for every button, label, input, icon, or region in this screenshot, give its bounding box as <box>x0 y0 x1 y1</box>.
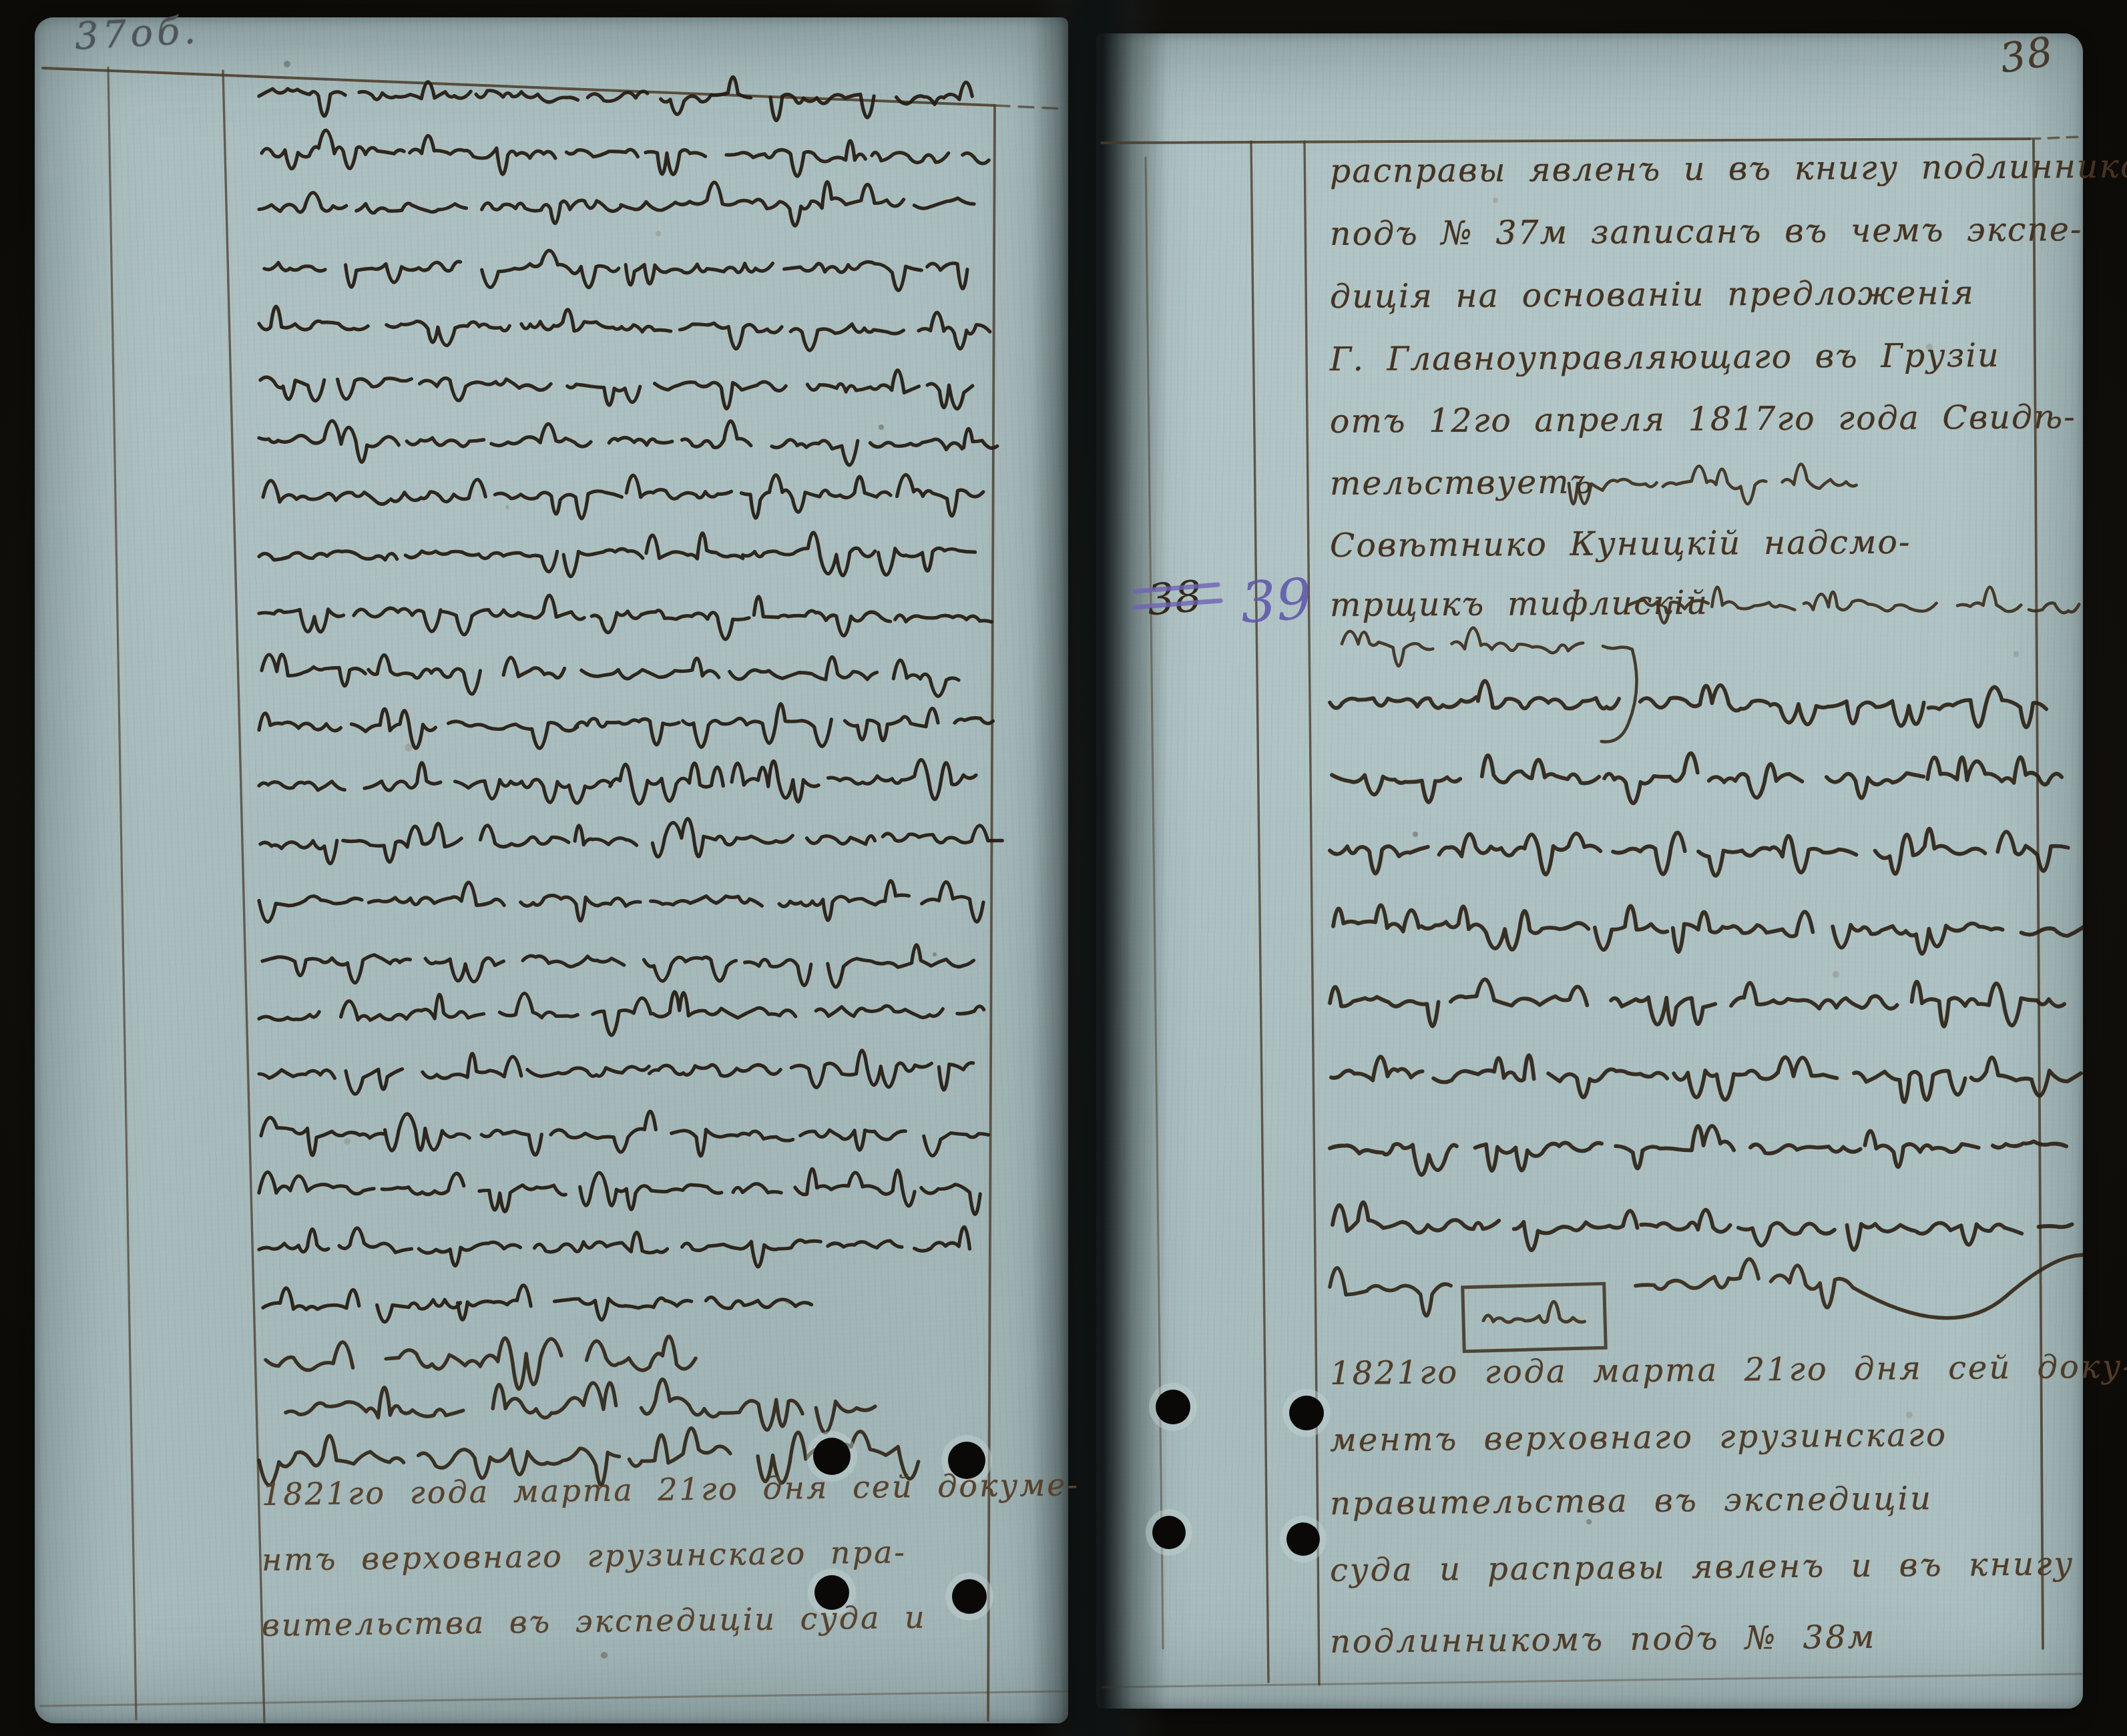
russian-note-line: тельствуетъ <box>1330 463 1594 503</box>
russian-note-line: подлинникомъ подъ № 38м <box>1330 1619 1877 1661</box>
georgian-handwriting-line <box>1333 1202 2072 1250</box>
right-margin-rule-mid <box>1251 141 1268 1682</box>
left-top-rule-dashed <box>995 105 1066 109</box>
left-margin-rule-inner <box>223 71 264 1722</box>
paper-speck <box>601 1652 608 1659</box>
right-top-rule <box>1102 139 2030 143</box>
right-right-margin-rule <box>2034 140 2043 1649</box>
left-bottom-edge-line <box>40 1691 1068 1706</box>
paper-speck <box>933 952 937 956</box>
georgian-handwriting-line <box>262 945 973 987</box>
georgian-handwriting-line <box>262 130 989 176</box>
georgian-handwriting-line <box>259 77 972 120</box>
georgian-handwriting-line <box>1330 829 2068 876</box>
georgian-handwriting-line <box>259 533 975 577</box>
margin-number-new: 39 <box>1238 566 1314 636</box>
georgian-handwriting-line <box>260 818 1002 863</box>
russian-note-line: трщикъ тифлискій <box>1330 584 1708 624</box>
georgian-handwriting-stamp-monogram <box>1483 1301 1585 1322</box>
georgian-handwriting-line <box>259 992 984 1035</box>
left-margin-rule-outer <box>108 67 136 1719</box>
margin-number-old: 38 <box>1146 572 1204 626</box>
georgian-handwriting-signature <box>286 1379 875 1432</box>
folio-number-recto: 38 <box>1997 28 2057 83</box>
punch-hole <box>1286 1522 1320 1556</box>
paper-speck <box>344 1138 350 1145</box>
georgian-handwriting-line <box>1333 905 2084 954</box>
georgian-handwriting-line <box>263 1285 812 1322</box>
right-bottom-edge-line <box>1102 1674 2082 1687</box>
russian-note-line: диція на основаніи предложенія <box>1330 274 1975 316</box>
russian-note-line: ментъ верховнаго грузинскаго <box>1330 1416 1948 1459</box>
georgian-handwriting-line <box>1331 1055 2081 1102</box>
georgian-handwriting-line <box>1330 681 2046 727</box>
georgian-text-block-left <box>259 77 1002 1485</box>
georgian-handwriting-line <box>259 881 983 922</box>
georgian-handwriting-line <box>1330 1268 1451 1316</box>
russian-note-line: Совѣтнико Куницкій надсмо- <box>1330 523 1911 565</box>
punch-hole <box>1289 1396 1324 1430</box>
georgian-handwriting-line <box>259 595 991 639</box>
paper-speck <box>1413 832 1418 837</box>
georgian-handwriting-line <box>259 760 976 804</box>
georgian-handwriting-signature-flourish <box>1636 1255 2127 1352</box>
strike-line-2 <box>1134 601 1220 607</box>
paper-speck <box>2014 651 2019 657</box>
punch-hole <box>1152 1516 1186 1549</box>
paper-speck <box>505 505 509 509</box>
paper-speck <box>1493 198 1498 203</box>
georgian-handwriting-line <box>262 654 959 696</box>
georgian-handwriting-line <box>1330 1126 2066 1175</box>
georgian-handwriting-signature <box>266 1336 696 1389</box>
russian-note-line: правительства въ экспедиціи <box>1330 1480 1933 1522</box>
georgian-handwriting-line <box>261 1111 989 1156</box>
russian-note-line: отъ 12го апреля 1817го года Свидѣ- <box>1330 398 2076 441</box>
russian-note-line: расправы явленъ и въ книгу подлинникомъ <box>1330 147 2127 190</box>
paper-speck <box>405 744 413 752</box>
scan-background: 38 39 37об. 38 1821го года марта 21го дн… <box>0 0 2127 1736</box>
georgian-handwriting-line <box>1569 464 1857 504</box>
paper-speck <box>1833 971 1839 978</box>
russian-note-line: подъ № 37м записанъ въ чемъ экспе- <box>1330 210 2083 253</box>
punch-hole <box>952 1579 987 1614</box>
russian-note-line: Г. Главноуправляющаго въ Грузіи <box>1330 336 2000 378</box>
right-margin-rule-inner <box>1305 141 1319 1685</box>
paper-speck <box>879 424 884 430</box>
right-top-rule-dashed <box>2030 137 2082 139</box>
georgian-handwriting-line <box>263 475 983 519</box>
russian-note-line: 1821го года марта 21го дня сей доку- <box>1330 1348 2127 1392</box>
georgian-handwriting-line <box>259 1169 980 1214</box>
georgian-handwriting-line <box>259 1227 970 1267</box>
georgian-handwriting-line <box>259 182 974 226</box>
folio-number-verso: 37об. <box>73 9 200 59</box>
georgian-handwriting-line <box>259 421 997 465</box>
georgian-handwriting-line <box>259 306 990 350</box>
georgian-handwriting-line <box>1330 979 2064 1027</box>
left-top-rule <box>43 68 995 105</box>
punch-hole <box>1156 1390 1190 1424</box>
paper-speck <box>656 231 661 236</box>
georgian-handwriting-line <box>264 250 967 290</box>
georgian-handwriting-line <box>1332 754 2062 804</box>
paper-speck <box>785 1299 790 1304</box>
paper-speck <box>284 61 290 67</box>
russian-note-line: суда и расправы явленъ и въ книгу <box>1330 1545 2075 1589</box>
georgian-handwriting-line <box>259 1051 973 1094</box>
georgian-handwriting-line <box>259 704 993 749</box>
georgian-handwriting-line <box>260 370 973 409</box>
